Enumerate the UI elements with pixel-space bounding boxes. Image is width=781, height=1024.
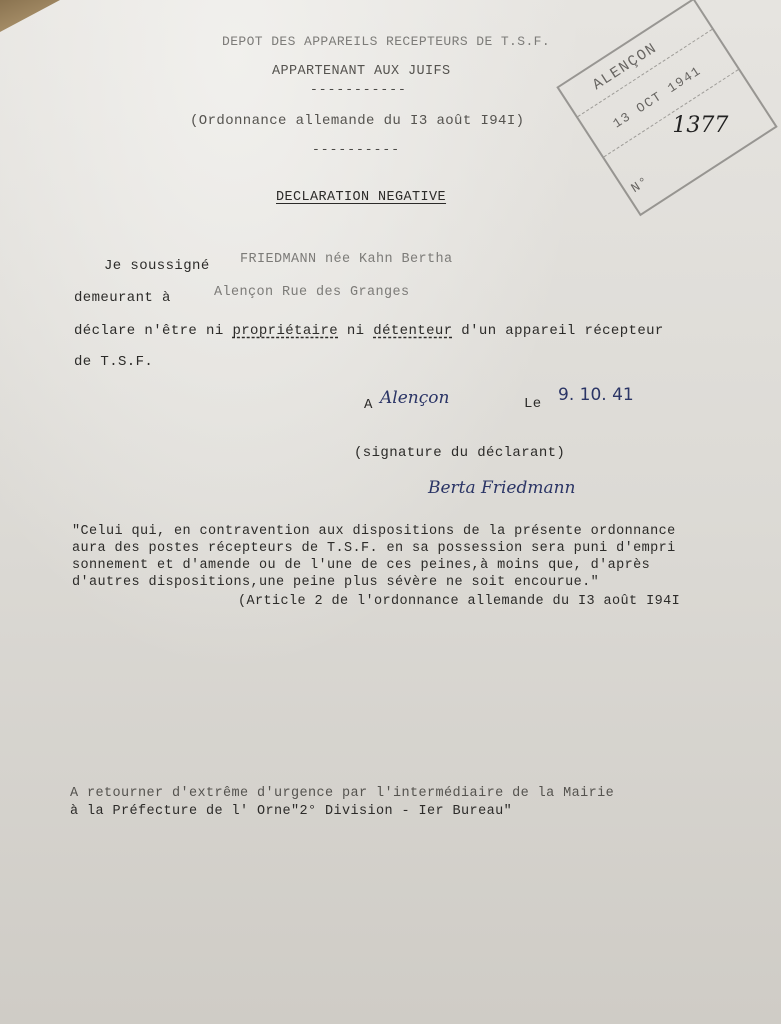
document-page: DEPOT DES APPAREILS RECEPTEURS DE T.S.F.… bbox=[0, 0, 781, 1024]
footer-instruction-line-1: A retourner d'extrême d'urgence par l'in… bbox=[70, 786, 614, 801]
declarant-label: Je soussigné bbox=[104, 258, 210, 274]
declaration-text: d'un appareil récepteur bbox=[453, 323, 664, 339]
penalty-quote-source: (Article 2 de l'ordonnance allemande du … bbox=[238, 594, 680, 609]
date-handwritten: 9. 10. 41 bbox=[558, 385, 634, 405]
signature-label: (signature du déclarant) bbox=[354, 445, 565, 461]
stamp-number-label: N° bbox=[628, 173, 652, 196]
header-ordinance: (Ordonnance allemande du I3 août I94I) bbox=[190, 113, 524, 129]
header-separator-2: ---------- bbox=[312, 142, 400, 157]
stamp-number: 1377 bbox=[672, 113, 728, 138]
place-handwritten: Alençon bbox=[380, 388, 449, 408]
footer-instruction-line-2: à la Préfecture de l' Orne"2° Division -… bbox=[70, 804, 512, 819]
declaration-text: déclare n'être ni bbox=[74, 323, 232, 339]
header-line-1: DEPOT DES APPAREILS RECEPTEURS DE T.S.F. bbox=[222, 34, 550, 49]
residence-address: Alençon Rue des Granges bbox=[214, 285, 410, 300]
date-label: Le bbox=[524, 396, 542, 412]
declaration-line-tsf: de T.S.F. bbox=[74, 354, 153, 370]
place-prefix: A bbox=[364, 397, 373, 413]
header-line-2: APPARTENANT AUX JUIFS bbox=[272, 64, 451, 79]
header-separator-1: ----------- bbox=[310, 82, 407, 97]
penalty-quote-line-4: d'autres dispositions,une peine plus sév… bbox=[72, 575, 599, 590]
page-corner-shadow bbox=[0, 0, 60, 32]
penalty-quote-line-1: "Celui qui, en contravention aux disposi… bbox=[72, 524, 676, 539]
holder-word: détenteur bbox=[373, 323, 452, 339]
declaration-line: déclare n'être ni propriétaire ni détent… bbox=[74, 323, 664, 339]
reception-stamp: ALENÇON 13 OCT 1941 N° 1377 bbox=[556, 0, 777, 216]
owner-word: propriétaire bbox=[232, 323, 338, 339]
document-title: DECLARATION NEGATIVE bbox=[276, 190, 446, 205]
declarant-name: FRIEDMANN née Kahn Bertha bbox=[240, 252, 453, 267]
residence-label: demeurant à bbox=[74, 290, 171, 306]
signature-handwritten: Berta Friedmann bbox=[428, 478, 576, 498]
penalty-quote-line-2: aura des postes récepteurs de T.S.F. en … bbox=[72, 541, 676, 556]
penalty-quote-line-3: sonnement et d'amende ou de l'une de ces… bbox=[72, 558, 650, 573]
declaration-text: ni bbox=[338, 323, 373, 339]
